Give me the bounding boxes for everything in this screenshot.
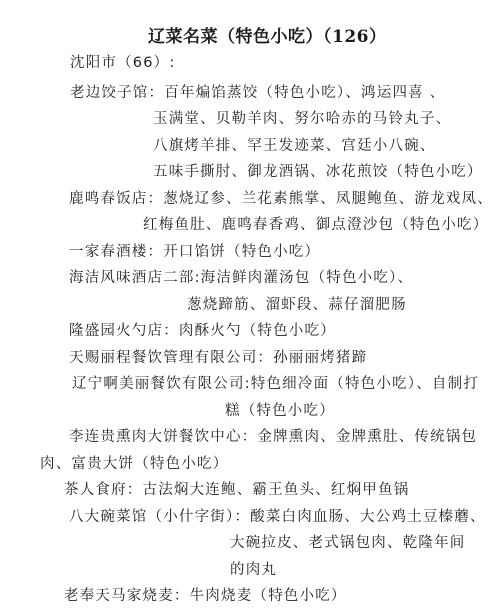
list-line: 大碗拉皮、老式锅包肉、乾隆年间 — [230, 531, 466, 552]
list-line: 李连贵熏肉大饼餐饮中心：金牌熏肉、金牌熏肚、传统锅包 — [69, 425, 477, 446]
list-line: 八旗烤羊排、罕王发迹菜、宫廷小八碗、 — [153, 134, 436, 155]
list-line: 隆盛园火勺店：肉酥火勺（特色小吃） — [69, 319, 336, 340]
list-line: 天赐丽程餐饮管理有限公司：孙丽丽烤猪蹄 — [69, 346, 367, 367]
list-line: 红梅鱼肚、鹿鸣春香鸡、御点澄沙包（特色小吃） — [143, 213, 488, 234]
list-line: 糕（特色小吃） — [225, 399, 335, 420]
document-title: 辽菜名菜（特色小吃）（126） — [148, 22, 387, 47]
list-line: 肉、富贵大饼（特色小吃） — [40, 452, 228, 473]
list-line: 辽宁啊美丽餐饮有限公司:特色细冷面（特色小吃）、自制打 — [72, 372, 479, 393]
list-line: 玉满堂、贝勒羊肉、努尔哈赤的马铃丸子、 — [153, 107, 451, 128]
list-line: 葱烧蹄筋、溜虾段、蒜仔溜肥肠 — [187, 293, 407, 314]
list-line: 五味手撕肘、御龙酒锅、冰花煎饺（特色小吃） — [153, 160, 483, 181]
section-heading-shenyang: 沈阳市（66）: — [70, 51, 175, 72]
document-page: 辽菜名菜（特色小吃）（126） 沈阳市（66）: 老边饺子馆：百年煸馅蒸饺（特色… — [0, 0, 500, 616]
list-line: 老边饺子馆：百年煸馅蒸饺（特色小吃）、鸿运四喜 、 — [70, 81, 445, 102]
list-line: 一家春酒楼：开口馅饼（特色小吃） — [69, 240, 320, 261]
list-line: 的肉丸 — [230, 558, 277, 579]
list-line: 八大碗菜馆（小什字街）：酸菜白肉血肠、大公鸡土豆榛蘑、 — [69, 505, 486, 526]
list-line: 老奉天马家烧麦：牛肉烧麦（特色小吃） — [64, 584, 347, 605]
list-line: 茶人食府：古法焖大连鲍、霸王鱼头、红焖甲鱼锅 — [64, 478, 409, 499]
list-line: 海洁风味酒店二部:海洁鲜肉灌汤包（特色小吃）、 — [69, 266, 413, 287]
list-line: 鹿鸣春饭店：葱烧辽参、兰花素熊掌、凤腿鲍鱼、游龙戏凤、 — [69, 187, 493, 208]
